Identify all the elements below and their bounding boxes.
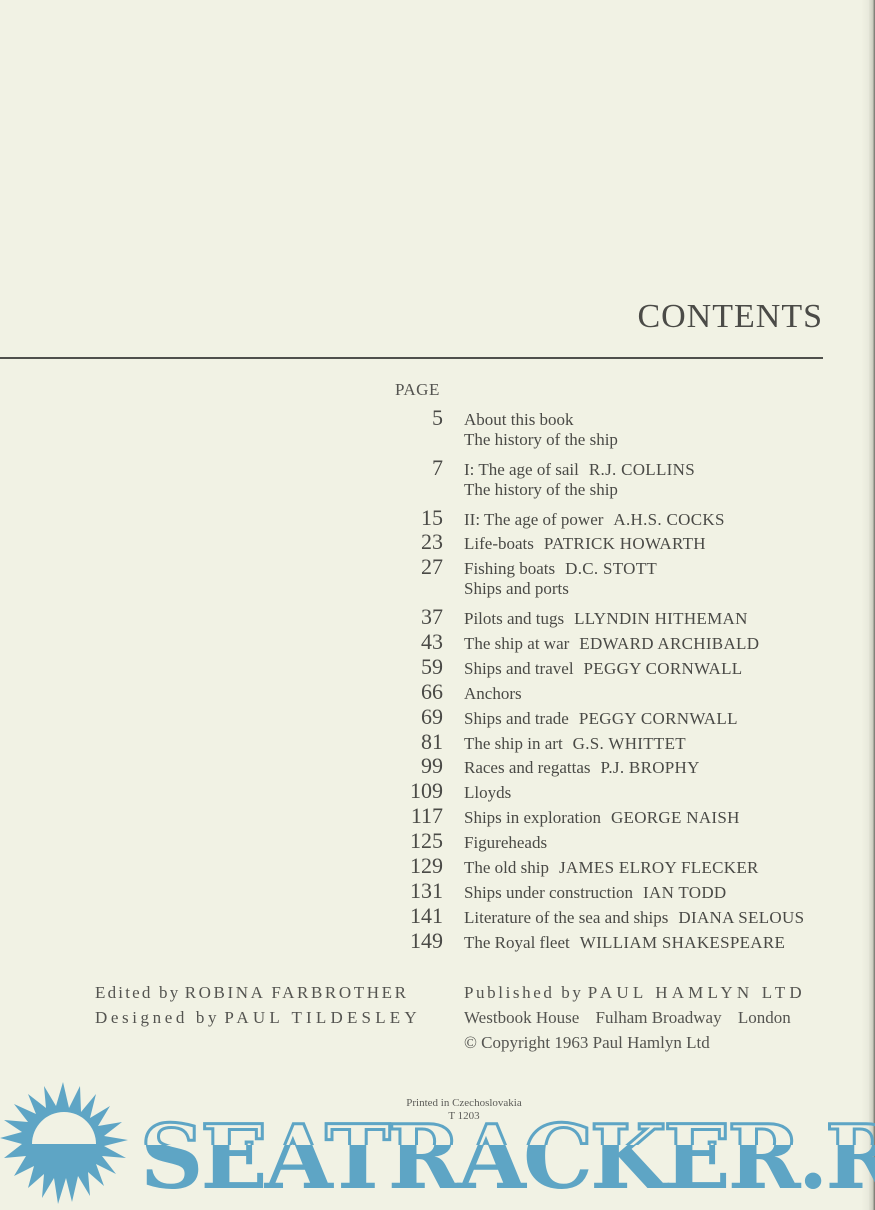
toc-page-number: 43: [390, 629, 464, 655]
toc-entry: 81The ship in artG.S. WHITTET: [390, 729, 860, 754]
designer-name: PAUL TILDESLEY: [224, 1008, 421, 1027]
toc-author: WILLIAM SHAKESPEARE: [580, 933, 785, 953]
toc-entry: 23Life-boatsPATRICK HOWARTH: [390, 529, 860, 554]
toc-page-number: 125: [390, 828, 464, 854]
toc-entry: 59Ships and travelPEGGY CORNWALL: [390, 654, 860, 679]
toc-page-number: 141: [390, 903, 464, 929]
toc-chapter-title: The old ship: [464, 858, 549, 878]
toc-chapter-title: Ships in exploration: [464, 808, 601, 828]
toc-author: GEORGE NAISH: [611, 808, 740, 828]
toc-page-number: 99: [390, 753, 464, 779]
toc-chapter-title: Ships and travel: [464, 659, 574, 679]
toc-page-number: 37: [390, 604, 464, 630]
page-shadow: [861, 0, 869, 1210]
toc-page-number: 117: [390, 803, 464, 829]
toc-author: P.J. BROPHY: [601, 758, 700, 778]
toc-author: D.C. STOTT: [565, 559, 657, 579]
toc-entry: The history of the ship: [390, 480, 860, 505]
publisher-address: Westbook House Fulham Broadway London: [464, 1005, 806, 1030]
edited-by-label: Edited by: [95, 983, 180, 1002]
toc-entry: 5About this book: [390, 405, 860, 430]
toc-page-number: 15: [390, 505, 464, 531]
toc-author: G.S. WHITTET: [573, 734, 686, 754]
toc-chapter-title: Ships under construction: [464, 883, 633, 903]
toc-author: PEGGY CORNWALL: [579, 709, 738, 729]
toc-chapter-title: Fishing boats: [464, 559, 555, 579]
toc-entry: 131Ships under constructionIAN TODD: [390, 878, 860, 903]
toc-page-number: 27: [390, 554, 464, 580]
page-column-label: PAGE: [395, 380, 440, 400]
address-building: Westbook House: [464, 1008, 579, 1027]
toc-page-number: 129: [390, 853, 464, 879]
address-street: Fulham Broadway: [596, 1008, 722, 1027]
editor-line: Edited by ROBINA FARBROTHER: [95, 980, 421, 1005]
toc-chapter-title: Pilots and tugs: [464, 609, 564, 629]
designed-by-label: Designed by: [95, 1008, 220, 1027]
toc-entry: 37Pilots and tugsLLYNDIN HITHEMAN: [390, 604, 860, 629]
toc-chapter-title: Ships and ports: [464, 579, 569, 599]
toc-entry: 109Lloyds: [390, 778, 860, 803]
toc-page-number: 59: [390, 654, 464, 680]
publisher-credits: Published by PAUL HAMLYN LTD Westbook Ho…: [464, 980, 806, 1055]
toc-author: LLYNDIN HITHEMAN: [574, 609, 748, 629]
toc-entry: 117Ships in explorationGEORGE NAISH: [390, 803, 860, 828]
toc-chapter-title: About this book: [464, 410, 574, 430]
toc-page-number: 5: [390, 405, 464, 431]
page-edge: [869, 0, 875, 1210]
toc-chapter-title: Anchors: [464, 684, 522, 704]
printing-imprint: Printed in Czechoslovakia T 1203: [0, 1097, 875, 1123]
toc-entry: 15II: The age of powerA.H.S. COCKS: [390, 505, 860, 530]
toc-page-number: 81: [390, 729, 464, 755]
toc-page-number: 7: [390, 455, 464, 481]
toc-page-number: 149: [390, 928, 464, 954]
toc-chapter-title: Figureheads: [464, 833, 547, 853]
toc-author: PEGGY CORNWALL: [584, 659, 743, 679]
toc-page-number: 109: [390, 778, 464, 804]
toc-chapter-title: I: The age of sail: [464, 460, 579, 480]
toc-entry: 7I: The age of sailR.J. COLLINS: [390, 455, 860, 480]
toc-author: A.H.S. COCKS: [613, 510, 724, 530]
address-city: London: [738, 1008, 791, 1027]
editor-name: ROBINA FARBROTHER: [185, 983, 409, 1002]
toc-entry: 141Literature of the sea and shipsDIANA …: [390, 903, 860, 928]
toc-page-number: 23: [390, 529, 464, 555]
toc-page-number: 69: [390, 704, 464, 730]
toc-chapter-title: Life-boats: [464, 534, 534, 554]
toc-entry: 69Ships and tradePEGGY CORNWALL: [390, 704, 860, 729]
toc-chapter-title: Races and regattas: [464, 758, 591, 778]
toc-entry: 125Figureheads: [390, 828, 860, 853]
copyright-line: © Copyright 1963 Paul Hamlyn Ltd: [464, 1030, 806, 1055]
toc-chapter-title: The history of the ship: [464, 480, 618, 500]
publisher-line: Published by PAUL HAMLYN LTD: [464, 980, 806, 1005]
toc-entry: The history of the ship: [390, 430, 860, 455]
editorial-credits: Edited by ROBINA FARBROTHER Designed by …: [95, 980, 421, 1030]
published-by-label: Published by: [464, 983, 584, 1002]
toc-chapter-title: Ships and trade: [464, 709, 569, 729]
toc-entry: Ships and ports: [390, 579, 860, 604]
toc-author: EDWARD ARCHIBALD: [579, 634, 759, 654]
toc-entry: 27Fishing boatsD.C. STOTT: [390, 554, 860, 579]
toc-chapter-title: The Royal fleet: [464, 933, 570, 953]
toc-author: DIANA SELOUS: [678, 908, 804, 928]
toc-page-number: 66: [390, 679, 464, 705]
title-rule: [0, 357, 823, 359]
toc-entry: 149The Royal fleetWILLIAM SHAKESPEARE: [390, 928, 860, 953]
publisher-name: PAUL HAMLYN LTD: [588, 983, 806, 1002]
toc-author: PATRICK HOWARTH: [544, 534, 706, 554]
toc-chapter-title: The ship at war: [464, 634, 569, 654]
toc-chapter-title: Lloyds: [464, 783, 511, 803]
toc-chapter-title: Literature of the sea and ships: [464, 908, 668, 928]
toc-entry: 66Anchors: [390, 679, 860, 704]
toc-author: JAMES ELROY FLECKER: [559, 858, 759, 878]
toc-author: R.J. COLLINS: [589, 460, 695, 480]
toc-entry: 129The old shipJAMES ELROY FLECKER: [390, 853, 860, 878]
page-title: CONTENTS: [637, 298, 823, 336]
toc-author: IAN TODD: [643, 883, 726, 903]
toc-chapter-title: The history of the ship: [464, 430, 618, 450]
toc-chapter-title: II: The age of power: [464, 510, 603, 530]
toc-entry: 43The ship at warEDWARD ARCHIBALD: [390, 629, 860, 654]
toc-page-number: 131: [390, 878, 464, 904]
designer-line: Designed by PAUL TILDESLEY: [95, 1005, 421, 1030]
toc-entry: 99Races and regattasP.J. BROPHY: [390, 753, 860, 778]
printed-in-text: Printed in Czechoslovakia: [0, 1097, 875, 1110]
table-of-contents: 5About this bookThe history of the ship7…: [390, 405, 860, 953]
print-code: T 1203: [0, 1110, 875, 1123]
toc-chapter-title: The ship in art: [464, 734, 563, 754]
